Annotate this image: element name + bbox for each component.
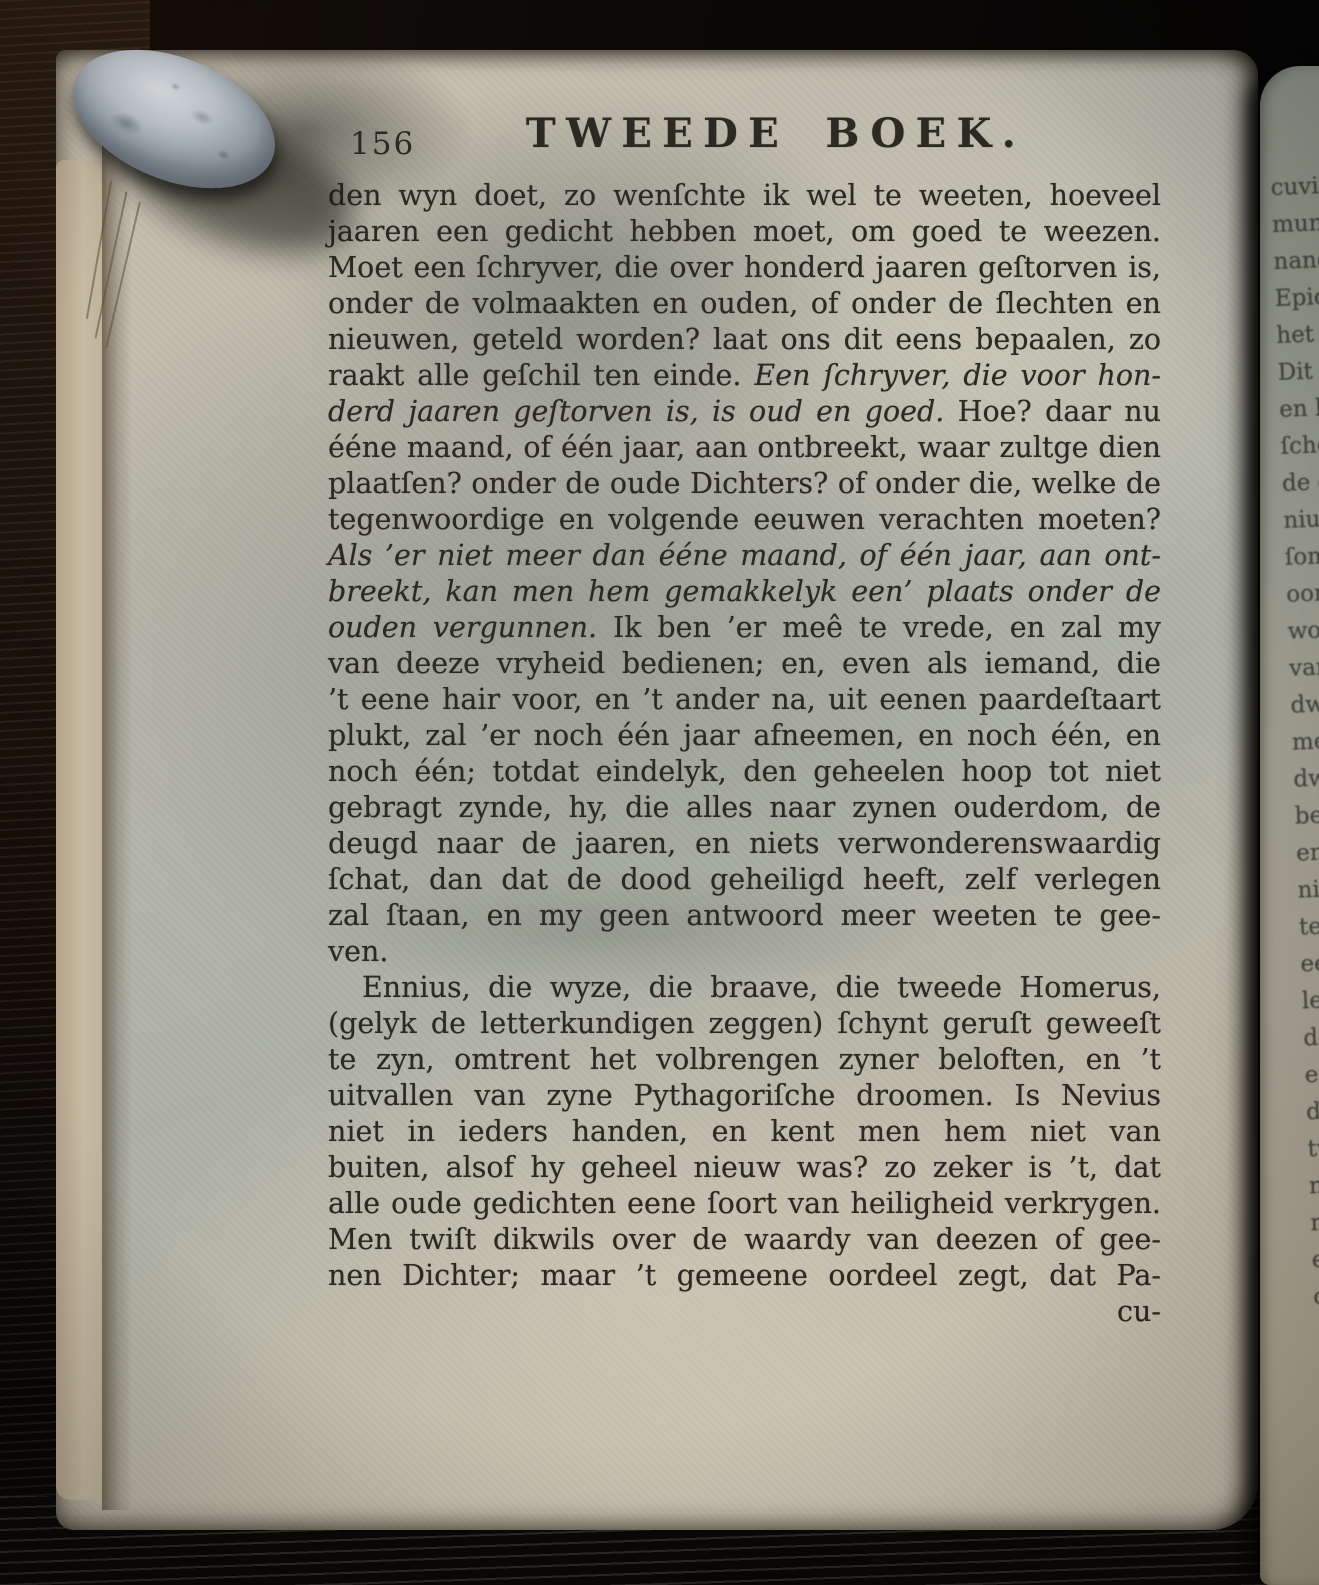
adjacent-text-fragment: en herle <box>1279 393 1319 423</box>
text-line: ééne maand, of één jaar, aan ontbreekt, … <box>328 430 1161 466</box>
text-line: plukt, zal ’er noch één jaar afneemen, e… <box>328 718 1161 754</box>
adjacent-text-fragment: wondert <box>1287 615 1319 645</box>
adjacent-text-fragment: Epicte <box>1274 283 1319 312</box>
text-line: buiten, alsof hy geheel nieuw was? zo ze… <box>328 1150 1161 1186</box>
adjacent-text-fragment: cuvius <box>1270 172 1319 201</box>
adjacent-text-fragment: munt; <box>1272 209 1319 238</box>
page-fore-edge <box>56 160 106 1500</box>
text-line: noch één; totdat eindelyk, den geheelen … <box>328 754 1161 790</box>
adjacent-text-fragment: ten van I <box>1299 911 1319 941</box>
running-header: 156 TWEEDE BOEK. <box>328 108 1161 178</box>
adjacent-text-fragment: leezen, t <box>1301 985 1319 1015</box>
page-number: 156 <box>350 126 415 162</box>
text-line: alle oude gedichten eene ſoort van heili… <box>328 1186 1161 1222</box>
text-line: Als ’er niet meer dan ééne maand, of één… <box>328 538 1161 574</box>
text-line: ’t eene hair voor, en ’t ander na, uit e… <box>328 682 1161 718</box>
adjacent-text-fragment: daar by ge <box>1306 1095 1319 1126</box>
adjacent-text-fragment: het uit <box>1276 320 1319 349</box>
adjacent-text-fragment: onſterfelyk <box>1313 1279 1319 1310</box>
adjacent-text-fragment: van hen, <box>1289 652 1319 682</box>
text-line: zal ſtaan, en my geen antwoord meer weet… <box>328 898 1161 934</box>
adjacent-text-fragment: en komt v <box>1296 836 1319 866</box>
text-line: ouden vergunnen. Ik ben ’er meê te vrede… <box>328 610 1161 646</box>
adjacent-text-fragment: de en en <box>1282 467 1319 497</box>
text-line: gebragt zynde, hy, die alles naar zynen … <box>328 790 1161 826</box>
adjacent-text-fragment: ſomtyds <box>1284 541 1319 571</box>
adjacent-text-fragment: ben uitg <box>1294 800 1319 830</box>
adjacent-text-fragment: niet billyk <box>1309 1169 1319 1199</box>
text-line: nen Dichter; maar ’t gemeene oordeel zeg… <box>328 1258 1161 1294</box>
text-line: plaatſen? onder de oude Dichters? of ond… <box>328 466 1161 502</box>
text-line: breekt, kan men hem gemakkelyk een’ plaa… <box>328 574 1161 610</box>
adjacent-text-fragment: oordeelt <box>1286 578 1319 608</box>
text-line: te zyn, omtrent het volbrengen zyner bel… <box>328 1042 1161 1078</box>
adjacent-text-fragment: niet doord <box>1297 873 1319 904</box>
text-line: (gelyk de letterkundigen zeggen) ſchynt … <box>328 1006 1161 1042</box>
adjacent-page-fragments: cuviusmunt;nandeEpictehet uitDit zynen h… <box>1266 65 1319 67</box>
adjacent-text-fragment: ſchen in <box>1280 430 1319 460</box>
adjacent-text-fragment: maake <box>1310 1207 1319 1236</box>
adjacent-text-fragment: nius And <box>1283 504 1319 534</box>
adjacent-text-fragment: eerſte jeu <box>1300 947 1319 977</box>
adjacent-text-fragment: dwonge <box>1293 763 1319 792</box>
text-line: ſchat, dan dat de dood geheiligd heeft, … <box>328 862 1161 898</box>
text-line: ven. <box>328 934 1161 970</box>
text-line: tegenwoordige en volgende eeuwen veracht… <box>328 502 1161 538</box>
text-line: derd jaaren geſtorven is, is oud en goed… <box>328 394 1161 430</box>
text-line: onder de volmaakten en ouden, of onder d… <box>328 286 1161 322</box>
text-line: van deeze vryheid bedienen; en, even als… <box>328 646 1161 682</box>
adjacent-text-fragment: en volmaa <box>1304 1058 1319 1089</box>
book-page: 156 TWEEDE BOEK. den wyn doet, zo wenſch… <box>56 50 1258 1530</box>
text-line: niet in ieders handen, en kent men hem n… <box>328 1114 1161 1150</box>
text-line: cu- <box>328 1294 1161 1330</box>
text-line: Moet een ſchryver, die over honderd jaar… <box>328 250 1161 286</box>
text-block: den wyn doet, zo wenſchte ik wel te weet… <box>328 178 1161 1330</box>
adjacent-text-fragment: Dit zyn <box>1277 357 1319 386</box>
adjacent-text-fragment: nande <box>1273 246 1319 275</box>
adjacent-text-fragment: een gedic <box>1311 1243 1319 1273</box>
page-title: TWEEDE BOEK. <box>496 110 1056 157</box>
adjacent-text-fragment: twee, dan <box>1307 1132 1319 1162</box>
text-line: Ennius, die wyze, die braave, die tweede… <box>328 970 1161 1006</box>
text-line: den wyn doet, zo wenſchte ik wel te weet… <box>328 178 1161 214</box>
text-line: Men twiſt dikwils over de waardy van dee… <box>328 1222 1161 1258</box>
adjacent-text-fragment: met alle <box>1291 726 1319 756</box>
adjacent-text-fragment: dwaalt he <box>1290 688 1319 718</box>
text-line: raakt alle geſchil ten einde. Een ſchryv… <box>328 358 1161 394</box>
text-line: deugd naar de jaaren, en niets verwonder… <box>328 826 1161 862</box>
book-photo-scene: 156 TWEEDE BOEK. den wyn doet, zo wenſch… <box>0 0 1319 1585</box>
adjacent-page: cuviusmunt;nandeEpictehet uitDit zynen h… <box>1260 66 1319 1585</box>
text-line: jaaren een gedicht hebben moet, om goed … <box>328 214 1161 250</box>
text-line: uitvallen van zyne Pythagoriſche droomen… <box>328 1078 1161 1114</box>
text-line: nieuwen, geteld worden? laat ons dit een… <box>328 322 1161 358</box>
adjacent-text-fragment: derd, als <box>1303 1022 1319 1052</box>
